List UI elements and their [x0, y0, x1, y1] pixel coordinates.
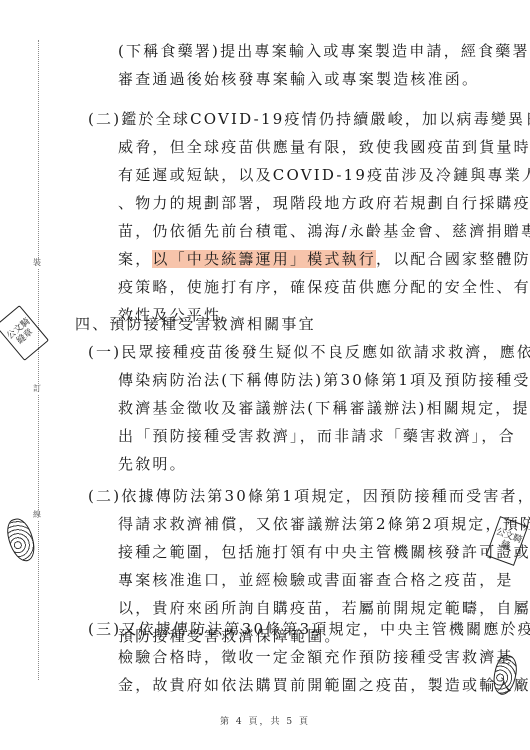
margin-label-xian: 線 — [33, 510, 41, 520]
text-line: 金，故貴府如依法購買前開範圍之疫苗，製造或輸入廠 — [118, 676, 530, 694]
item-2-first-line: (二)依據傳防法第30條第1項規定，因預防接種而受害者，皆 — [88, 487, 530, 505]
text-line: 有延遲或短缺，以及COVID-19疫苗涉及冷鏈與專業人力 — [118, 166, 530, 184]
text-line: 救濟基金徵收及審議辦法(下稱審議辦法)相關規定，提 — [118, 399, 530, 417]
text-line: 接種之範圍，包括施打領有中央主管機關核發許可證或 — [118, 543, 530, 561]
seal-ornament-icon — [4, 516, 39, 565]
text-line: 先敘明。 — [118, 455, 187, 473]
section-heading: 四、預防接種受害救濟相關事宜 — [75, 315, 316, 333]
page-number: 第 4 頁，共 5 頁 — [0, 714, 530, 727]
seal-stamp-icon: 公文騎縫章 — [0, 305, 49, 361]
text-line: 威脅，但全球疫苗供應量有限，致使我國疫苗到貨量時 — [118, 138, 530, 156]
item-3-first-line: (三)又依據傳防法第30條第3項規定，中央主管機關應於疫苗 — [88, 620, 530, 638]
text-line: 傳染病防治法(下稱傳防法)第30條第1項及預防接種受害 — [118, 371, 530, 389]
text-line: (下稱食藥署)提出專案輸入或專案製造申請，經食藥署 — [118, 42, 530, 60]
text-line: 以，貴府來函所詢自購疫苗，若屬前開規定範疇，自屬 — [118, 599, 530, 617]
document-page: 裝 訂 線 公文騎縫章 公文騎縫 (下稱食藥署)提出專案輸入或專案製造申請，經食… — [0, 0, 530, 750]
binding-dotted-line — [38, 40, 39, 680]
text-line: 得請求救濟補償，又依審議辦法第2條第2項規定，預防 — [118, 515, 530, 533]
text-line: 、物力的規劃部署，現階段地方政府若規劃自行採購疫 — [118, 194, 530, 212]
text-line: 審查通過後始核發專案輸入或專案製造核准函。 — [118, 70, 479, 88]
text-line: 疫策略，使施打有序，確保疫苗供應分配的安全性、有 — [118, 278, 530, 296]
text-line: 苗，仍依循先前台積電、鴻海/永齡基金會、慈濟捐贈專 — [118, 222, 530, 240]
text-line: 專案核准進口，並經檢驗或書面審查合格之疫苗，是 — [118, 571, 514, 589]
margin-label-ding: 訂 — [33, 384, 41, 394]
text-line: 檢驗合格時，徵收一定金額充作預防接種受害救濟基 — [118, 648, 514, 666]
text-line: 出「預防接種受害救濟」，而非請求「藥害救濟」，合 — [118, 427, 516, 445]
text-post: ，以配合國家整體防 — [376, 250, 530, 268]
highlighted-text: 以「中央統籌運用」模式執行 — [152, 250, 376, 268]
item-1-first-line: (一)民眾接種疫苗後發生疑似不良反應如欲請求救濟，應依 — [88, 343, 530, 361]
text-pre: 案， — [118, 250, 152, 268]
margin-label-zhuang: 裝 — [33, 258, 41, 268]
item-2-first-line: (二)鑑於全球COVID-19疫情仍持續嚴峻，加以病毒變異日漸 — [88, 110, 530, 128]
text-line-highlighted: 案，以「中央統籌運用」模式執行，以配合國家整體防 — [118, 250, 530, 268]
